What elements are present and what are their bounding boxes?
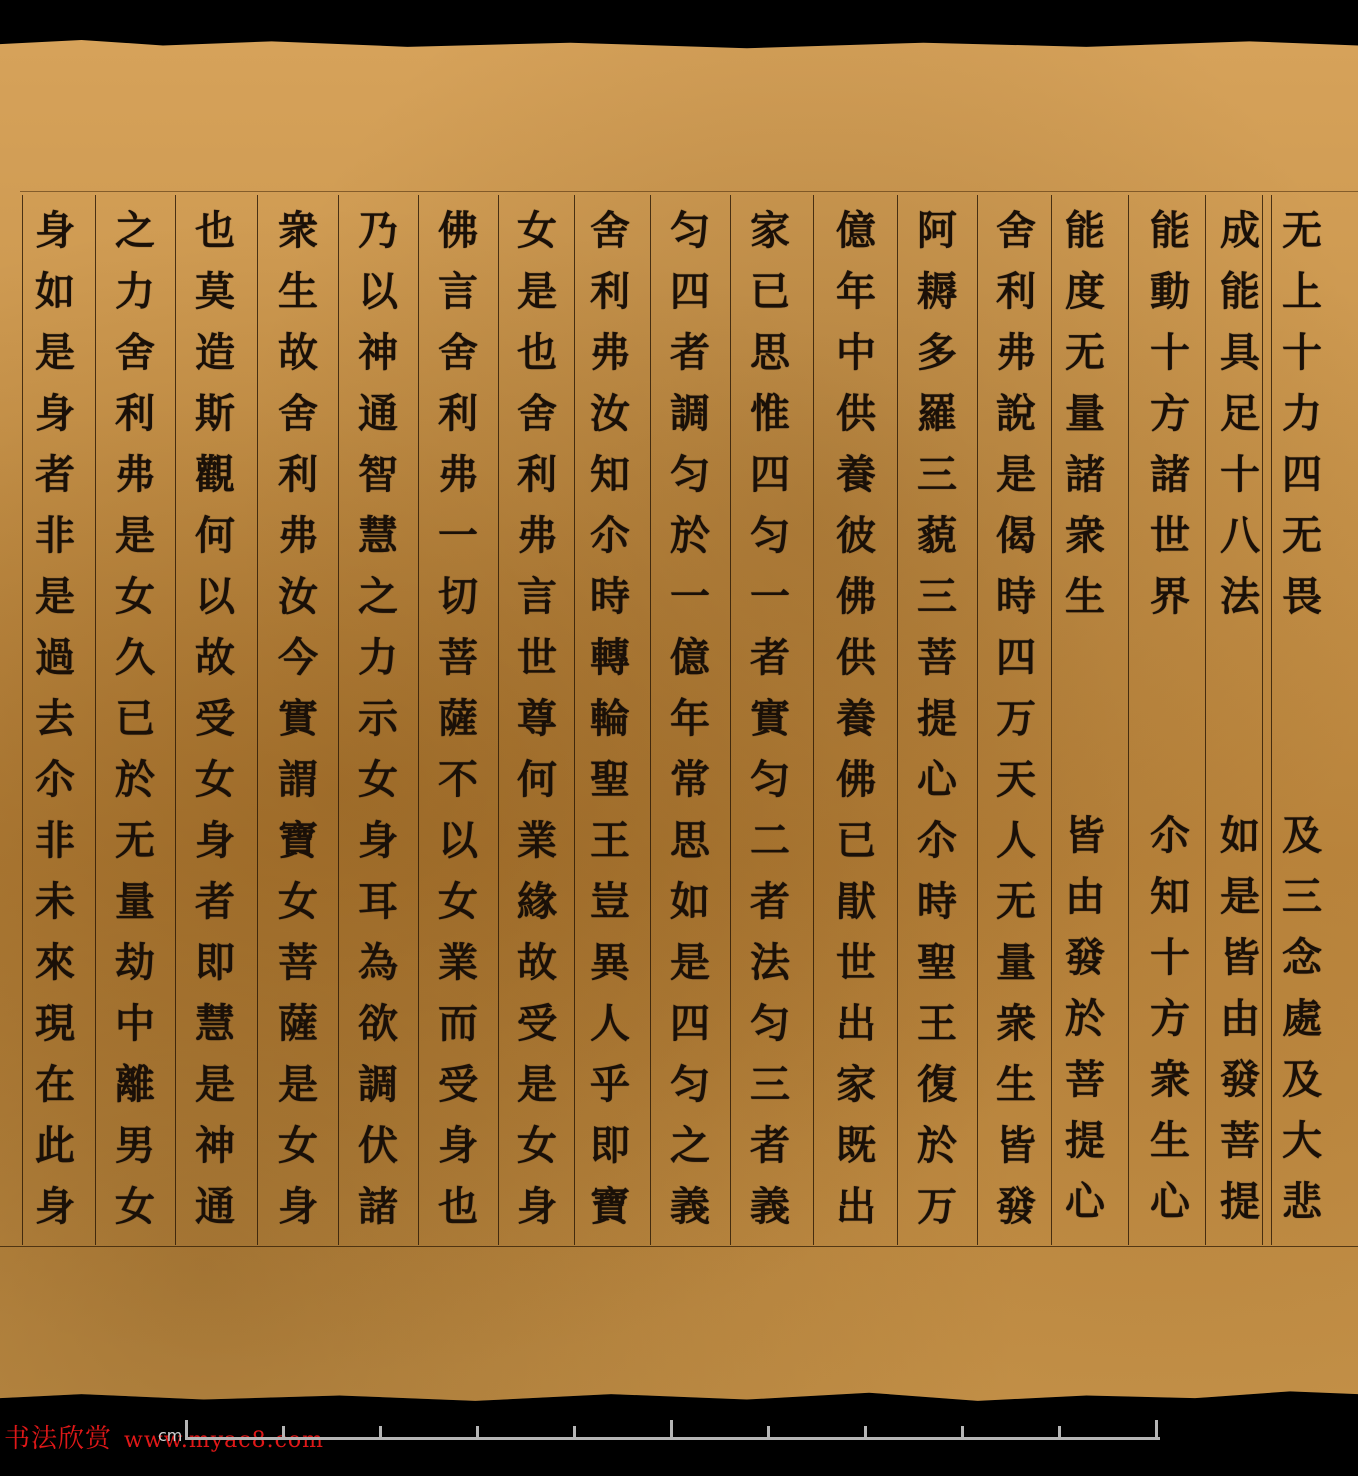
character: 供 <box>836 383 876 444</box>
character: 彼 <box>836 505 876 566</box>
character: 乎 <box>590 1054 630 1115</box>
character: 心 <box>917 749 957 810</box>
text-column: 无上十力四无畏及三念處及大悲 <box>1274 200 1330 627</box>
text-column: 成能具足十八法如是皆由發菩提 <box>1212 200 1268 627</box>
character: 轉 <box>590 627 630 688</box>
character: 弗 <box>590 322 630 383</box>
character: 无 <box>996 871 1036 932</box>
character: 身 <box>278 1176 318 1237</box>
character: 如 <box>670 871 710 932</box>
character: 上 <box>1282 261 1322 322</box>
character: 皆 <box>1065 805 1105 866</box>
character: 羅 <box>917 383 957 444</box>
character: 億 <box>836 200 876 261</box>
character: 發 <box>1065 927 1105 988</box>
character: 由 <box>1065 866 1105 927</box>
character: 尒 <box>590 505 630 566</box>
character: 豈 <box>590 871 630 932</box>
character: 也 <box>195 200 235 261</box>
character: 耨 <box>917 261 957 322</box>
column-ruling-line <box>1128 195 1129 1245</box>
character: 思 <box>750 322 790 383</box>
character: 汝 <box>278 566 318 627</box>
character: 在 <box>35 1054 75 1115</box>
character: 藐 <box>917 505 957 566</box>
character: 量 <box>996 932 1036 993</box>
column-ruling-line <box>498 195 499 1245</box>
character: 過 <box>35 627 75 688</box>
character: 去 <box>35 688 75 749</box>
character: 佛 <box>836 749 876 810</box>
character: 即 <box>590 1115 630 1176</box>
character: 衆 <box>996 993 1036 1054</box>
character: 觀 <box>195 444 235 505</box>
character: 言 <box>438 261 478 322</box>
character: 三 <box>750 1054 790 1115</box>
column-ruling-line <box>338 195 339 1245</box>
character: 生 <box>1065 566 1105 627</box>
ruler-tick <box>670 1420 673 1440</box>
character: 來 <box>35 932 75 993</box>
character: 時 <box>996 566 1036 627</box>
ruler-tick <box>379 1426 382 1440</box>
character: 无 <box>115 810 155 871</box>
character: 十 <box>1282 322 1322 383</box>
character: 天 <box>996 749 1036 810</box>
character: 弗 <box>996 322 1036 383</box>
character: 匀 <box>670 1054 710 1115</box>
character: 已 <box>836 810 876 871</box>
character: 者 <box>195 871 235 932</box>
character: 何 <box>517 749 557 810</box>
character: 動 <box>1150 261 1190 322</box>
character: 匀 <box>670 444 710 505</box>
column-ruling-line <box>418 195 419 1245</box>
column-ruling-line <box>897 195 898 1245</box>
character: 今 <box>278 627 318 688</box>
character: 也 <box>438 1176 478 1237</box>
character: 无 <box>1065 322 1105 383</box>
character: 男 <box>115 1115 155 1176</box>
text-column: 乃以神通智慧之力示女身耳為欲調伏諸 <box>350 200 406 1237</box>
character: 人 <box>996 810 1036 871</box>
character: 衆 <box>1065 505 1105 566</box>
character: 利 <box>590 261 630 322</box>
character: 四 <box>750 444 790 505</box>
character: 女 <box>517 1115 557 1176</box>
ruler-tick <box>961 1426 964 1440</box>
character: 知 <box>1150 866 1190 927</box>
column-ruling-line <box>1051 195 1052 1245</box>
character: 弗 <box>278 505 318 566</box>
character: 法 <box>750 932 790 993</box>
character: 通 <box>195 1176 235 1237</box>
character: 供 <box>836 627 876 688</box>
character: 女 <box>195 749 235 810</box>
character: 成 <box>1220 200 1260 261</box>
character: 王 <box>590 810 630 871</box>
character: 匀 <box>750 993 790 1054</box>
character: 養 <box>836 444 876 505</box>
character: 義 <box>670 1176 710 1237</box>
text-column: 億年中供養彼佛供養佛已猒世出家既出 <box>828 200 884 1237</box>
character: 處 <box>1282 988 1322 1049</box>
character: 非 <box>35 810 75 871</box>
character: 提 <box>917 688 957 749</box>
character: 足 <box>1220 383 1260 444</box>
character: 八 <box>1220 505 1260 566</box>
character: 人 <box>590 993 630 1054</box>
image-frame: 无上十力四无畏及三念處及大悲成能具足十八法如是皆由發菩提能動十方諸世界尒知十方衆… <box>0 0 1358 1476</box>
text-column: 家已思惟四匀一者實匀二者法匀三者義 <box>742 200 798 1237</box>
character: 調 <box>358 1054 398 1115</box>
character: 利 <box>438 383 478 444</box>
character: 王 <box>917 993 957 1054</box>
character: 即 <box>195 932 235 993</box>
character: 三 <box>1282 866 1322 927</box>
character: 女 <box>517 200 557 261</box>
top-margin-rule <box>20 191 1358 192</box>
character: 慧 <box>358 505 398 566</box>
text-column-lower-verse: 如是皆由發菩提 <box>1220 805 1260 1232</box>
character: 常 <box>670 749 710 810</box>
character: 四 <box>670 261 710 322</box>
character: 寶 <box>278 810 318 871</box>
character: 此 <box>35 1115 75 1176</box>
text-column-lower-verse: 尒知十方衆生心 <box>1150 805 1190 1232</box>
character: 万 <box>996 688 1036 749</box>
column-ruling-line <box>1205 195 1206 1245</box>
character: 无 <box>1282 200 1322 261</box>
character: 智 <box>358 444 398 505</box>
character: 四 <box>1282 444 1322 505</box>
character: 身 <box>438 1115 478 1176</box>
character: 受 <box>195 688 235 749</box>
character: 者 <box>750 627 790 688</box>
column-ruling-line <box>813 195 814 1245</box>
character: 是 <box>278 1054 318 1115</box>
character: 念 <box>1282 927 1322 988</box>
character: 界 <box>1150 566 1190 627</box>
character: 時 <box>590 566 630 627</box>
character: 无 <box>1282 505 1322 566</box>
character: 生 <box>278 261 318 322</box>
character: 示 <box>358 688 398 749</box>
character: 度 <box>1065 261 1105 322</box>
character: 舍 <box>278 383 318 444</box>
ruler-tick <box>282 1426 285 1440</box>
ruler-tick <box>767 1426 770 1440</box>
character: 身 <box>358 810 398 871</box>
character: 身 <box>35 1176 75 1237</box>
character: 汝 <box>590 383 630 444</box>
character: 舍 <box>115 322 155 383</box>
character: 女 <box>438 871 478 932</box>
character: 莫 <box>195 261 235 322</box>
character: 思 <box>670 810 710 871</box>
column-ruling-line <box>977 195 978 1245</box>
character: 出 <box>836 993 876 1054</box>
character: 心 <box>1150 1171 1190 1232</box>
text-column: 身如是身者非是過去尒非未來現在此身 <box>27 200 83 1237</box>
character: 尒 <box>917 810 957 871</box>
character: 調 <box>670 383 710 444</box>
character: 匀 <box>750 505 790 566</box>
character: 皆 <box>996 1115 1036 1176</box>
character: 力 <box>1282 383 1322 444</box>
character: 舍 <box>517 383 557 444</box>
character: 欲 <box>358 993 398 1054</box>
ruler-tick <box>185 1420 188 1440</box>
column-ruling-line <box>175 195 176 1245</box>
character: 出 <box>836 1176 876 1237</box>
character: 弗 <box>438 444 478 505</box>
character: 離 <box>115 1054 155 1115</box>
character: 阿 <box>917 200 957 261</box>
character: 大 <box>1282 1110 1322 1171</box>
character: 具 <box>1220 322 1260 383</box>
character: 神 <box>195 1115 235 1176</box>
character: 尒 <box>35 749 75 810</box>
character: 既 <box>836 1115 876 1176</box>
character: 是 <box>35 322 75 383</box>
character: 身 <box>195 810 235 871</box>
text-column: 阿耨多羅三藐三菩提心尒時聖王復於万 <box>909 200 965 1237</box>
character: 一 <box>670 566 710 627</box>
character: 義 <box>750 1176 790 1237</box>
character: 女 <box>278 871 318 932</box>
character: 實 <box>750 688 790 749</box>
character: 故 <box>278 322 318 383</box>
character: 已 <box>750 261 790 322</box>
ruler-tick <box>864 1426 867 1440</box>
character: 聖 <box>590 749 630 810</box>
character: 是 <box>996 444 1036 505</box>
character: 養 <box>836 688 876 749</box>
character: 是 <box>1220 866 1260 927</box>
character: 中 <box>836 322 876 383</box>
text-column: 舍利弗汝知尒時轉輪聖王豈異人乎即寶 <box>582 200 638 1237</box>
character: 世 <box>1150 505 1190 566</box>
character: 万 <box>917 1176 957 1237</box>
character: 者 <box>750 1115 790 1176</box>
character: 是 <box>517 261 557 322</box>
character: 提 <box>1065 1110 1105 1171</box>
character: 猒 <box>836 871 876 932</box>
character: 利 <box>278 444 318 505</box>
character: 量 <box>1065 383 1105 444</box>
character: 造 <box>195 322 235 383</box>
character: 是 <box>195 1054 235 1115</box>
character: 寶 <box>590 1176 630 1237</box>
character: 皆 <box>1220 927 1260 988</box>
character: 現 <box>35 993 75 1054</box>
text-column-lower-verse: 皆由發於菩提心 <box>1065 805 1105 1232</box>
text-column: 之力舍利弗是女久已於无量劫中離男女 <box>107 200 163 1237</box>
character: 利 <box>996 261 1036 322</box>
character: 神 <box>358 322 398 383</box>
character: 之 <box>670 1115 710 1176</box>
character: 非 <box>35 505 75 566</box>
character: 已 <box>115 688 155 749</box>
character: 於 <box>115 749 155 810</box>
character: 中 <box>115 993 155 1054</box>
character: 女 <box>278 1115 318 1176</box>
character: 心 <box>1065 1171 1105 1232</box>
column-ruling-line <box>22 195 23 1245</box>
character: 於 <box>917 1115 957 1176</box>
character: 薩 <box>438 688 478 749</box>
character: 利 <box>115 383 155 444</box>
watermark-label: 书法欣赏 <box>4 1424 112 1454</box>
text-column: 女是也舍利弗言世尊何業緣故受是女身 <box>509 200 565 1237</box>
character: 一 <box>750 566 790 627</box>
character: 而 <box>438 993 478 1054</box>
character: 通 <box>358 383 398 444</box>
character: 業 <box>438 932 478 993</box>
character: 菩 <box>917 627 957 688</box>
character: 發 <box>1220 1049 1260 1110</box>
character: 於 <box>670 505 710 566</box>
character: 者 <box>750 871 790 932</box>
character: 十 <box>1220 444 1260 505</box>
character: 四 <box>670 993 710 1054</box>
character: 聖 <box>917 932 957 993</box>
character: 弗 <box>115 444 155 505</box>
column-ruling-line <box>1271 195 1272 1245</box>
ruler-tick <box>476 1426 479 1440</box>
character: 是 <box>35 566 75 627</box>
character: 由 <box>1220 988 1260 1049</box>
character: 故 <box>517 932 557 993</box>
character: 言 <box>517 566 557 627</box>
column-ruling-line <box>257 195 258 1245</box>
character: 二 <box>750 810 790 871</box>
character: 方 <box>1150 988 1190 1049</box>
text-column: 佛言舍利弗一切菩薩不以女業而受身也 <box>430 200 486 1237</box>
character: 者 <box>670 322 710 383</box>
character: 匀 <box>750 749 790 810</box>
character: 以 <box>195 566 235 627</box>
character: 世 <box>836 932 876 993</box>
character: 女 <box>115 1176 155 1237</box>
character: 生 <box>1150 1110 1190 1171</box>
character: 舍 <box>590 200 630 261</box>
character: 能 <box>1065 200 1105 261</box>
character: 如 <box>1220 805 1260 866</box>
character: 之 <box>115 200 155 261</box>
character: 菩 <box>1220 1110 1260 1171</box>
character: 是 <box>670 932 710 993</box>
character: 多 <box>917 322 957 383</box>
character: 能 <box>1220 261 1260 322</box>
character: 以 <box>358 261 398 322</box>
character: 量 <box>115 871 155 932</box>
column-ruling-line <box>730 195 731 1245</box>
character: 匀 <box>670 200 710 261</box>
character: 為 <box>358 932 398 993</box>
character: 菩 <box>278 932 318 993</box>
character: 以 <box>438 810 478 871</box>
character: 諸 <box>358 1176 398 1237</box>
character: 未 <box>35 871 75 932</box>
character: 弗 <box>517 505 557 566</box>
character: 故 <box>195 627 235 688</box>
character: 緣 <box>517 871 557 932</box>
character: 是 <box>115 505 155 566</box>
character: 法 <box>1220 566 1260 627</box>
character: 薩 <box>278 993 318 1054</box>
character: 舍 <box>996 200 1036 261</box>
character: 說 <box>996 383 1036 444</box>
character: 畏 <box>1282 566 1322 627</box>
character: 身 <box>517 1176 557 1237</box>
character: 如 <box>35 261 75 322</box>
character: 劫 <box>115 932 155 993</box>
character: 何 <box>195 505 235 566</box>
character: 力 <box>115 261 155 322</box>
character: 女 <box>115 566 155 627</box>
text-column-lower-verse: 及三念處及大悲 <box>1282 805 1322 1232</box>
character: 家 <box>836 1054 876 1115</box>
character: 女 <box>358 749 398 810</box>
text-column: 衆生故舍利弗汝今實謂寶女菩薩是女身 <box>270 200 326 1237</box>
character: 年 <box>836 261 876 322</box>
character: 業 <box>517 810 557 871</box>
scale-ruler: cm <box>150 1419 1160 1445</box>
character: 實 <box>278 688 318 749</box>
character: 諸 <box>1150 444 1190 505</box>
character: 受 <box>438 1054 478 1115</box>
character: 悲 <box>1282 1171 1322 1232</box>
character: 方 <box>1150 383 1190 444</box>
character: 惟 <box>750 383 790 444</box>
text-column: 也莫造斯觀何以故受女身者即慧是神通 <box>187 200 243 1237</box>
character: 偈 <box>996 505 1036 566</box>
text-column: 舍利弗說是偈時四万天人无量衆生皆發 <box>988 200 1044 1237</box>
character: 謂 <box>278 749 318 810</box>
character: 斯 <box>195 383 235 444</box>
character: 異 <box>590 932 630 993</box>
character: 佛 <box>836 566 876 627</box>
character: 者 <box>35 444 75 505</box>
character: 身 <box>35 383 75 444</box>
character: 世 <box>517 627 557 688</box>
character: 十 <box>1150 927 1190 988</box>
bottom-margin-rule <box>0 1246 1358 1247</box>
character: 億 <box>670 627 710 688</box>
character: 年 <box>670 688 710 749</box>
character: 尊 <box>517 688 557 749</box>
character: 輪 <box>590 688 630 749</box>
character: 是 <box>517 1054 557 1115</box>
ruler-tick <box>573 1426 576 1440</box>
character: 能 <box>1150 200 1190 261</box>
character: 諸 <box>1065 444 1105 505</box>
character: 衆 <box>278 200 318 261</box>
character: 發 <box>996 1176 1036 1237</box>
character: 尒 <box>1150 805 1190 866</box>
character: 久 <box>115 627 155 688</box>
character: 家 <box>750 200 790 261</box>
character: 三 <box>917 566 957 627</box>
column-ruling-line <box>650 195 651 1245</box>
character: 利 <box>517 444 557 505</box>
column-ruling-line <box>95 195 96 1245</box>
ruler-tick <box>1058 1426 1061 1440</box>
character: 也 <box>517 322 557 383</box>
column-ruling-line <box>574 195 575 1245</box>
